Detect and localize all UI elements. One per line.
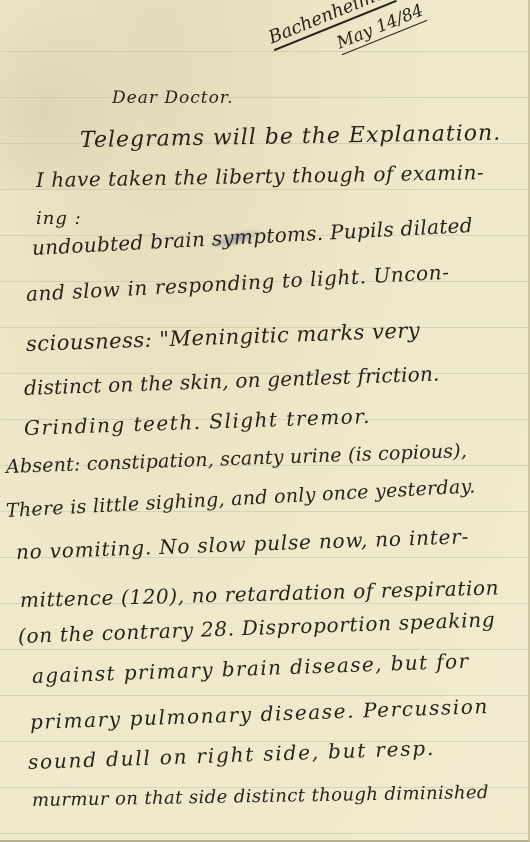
letter-line: sciousness: "Meningitic marks very [26,318,421,356]
letter-line: Grinding teeth. Slight tremor. [24,404,372,440]
letter-line: and slow in responding to light. Uncon- [25,260,450,306]
letter-line: murmur on that side distinct though dimi… [32,782,489,811]
letter-page: Bachenheimer May 14/84 Dear Doctor. Tele… [0,0,530,842]
letter-line: mittence (120), no retardation of respir… [20,575,500,612]
letter-line: ing : [36,208,82,229]
letter-line: sound dull on right side, but resp. [28,736,436,774]
letter-line: Absent: constipation, scanty urine (is c… [6,440,468,478]
letter-line: undoubted brain symptoms. Pupils dilated [31,213,473,260]
letter-line: There is little sighing, and only once y… [5,475,475,522]
letter-line: (on the contrary 28. Disproportion speak… [18,607,496,648]
letter-line: Telegrams will be the Explanation. [80,121,502,153]
letter-line: primary pulmonary disease. Percussion [30,694,490,734]
letter-line: against primary brain disease, but for [32,649,470,688]
salutation: Dear Doctor. [112,88,233,108]
letter-line: distinct on the skin, on gentlest fricti… [24,361,440,399]
letter-line: no vomiting. No slow pulse now, no inter… [16,524,470,564]
